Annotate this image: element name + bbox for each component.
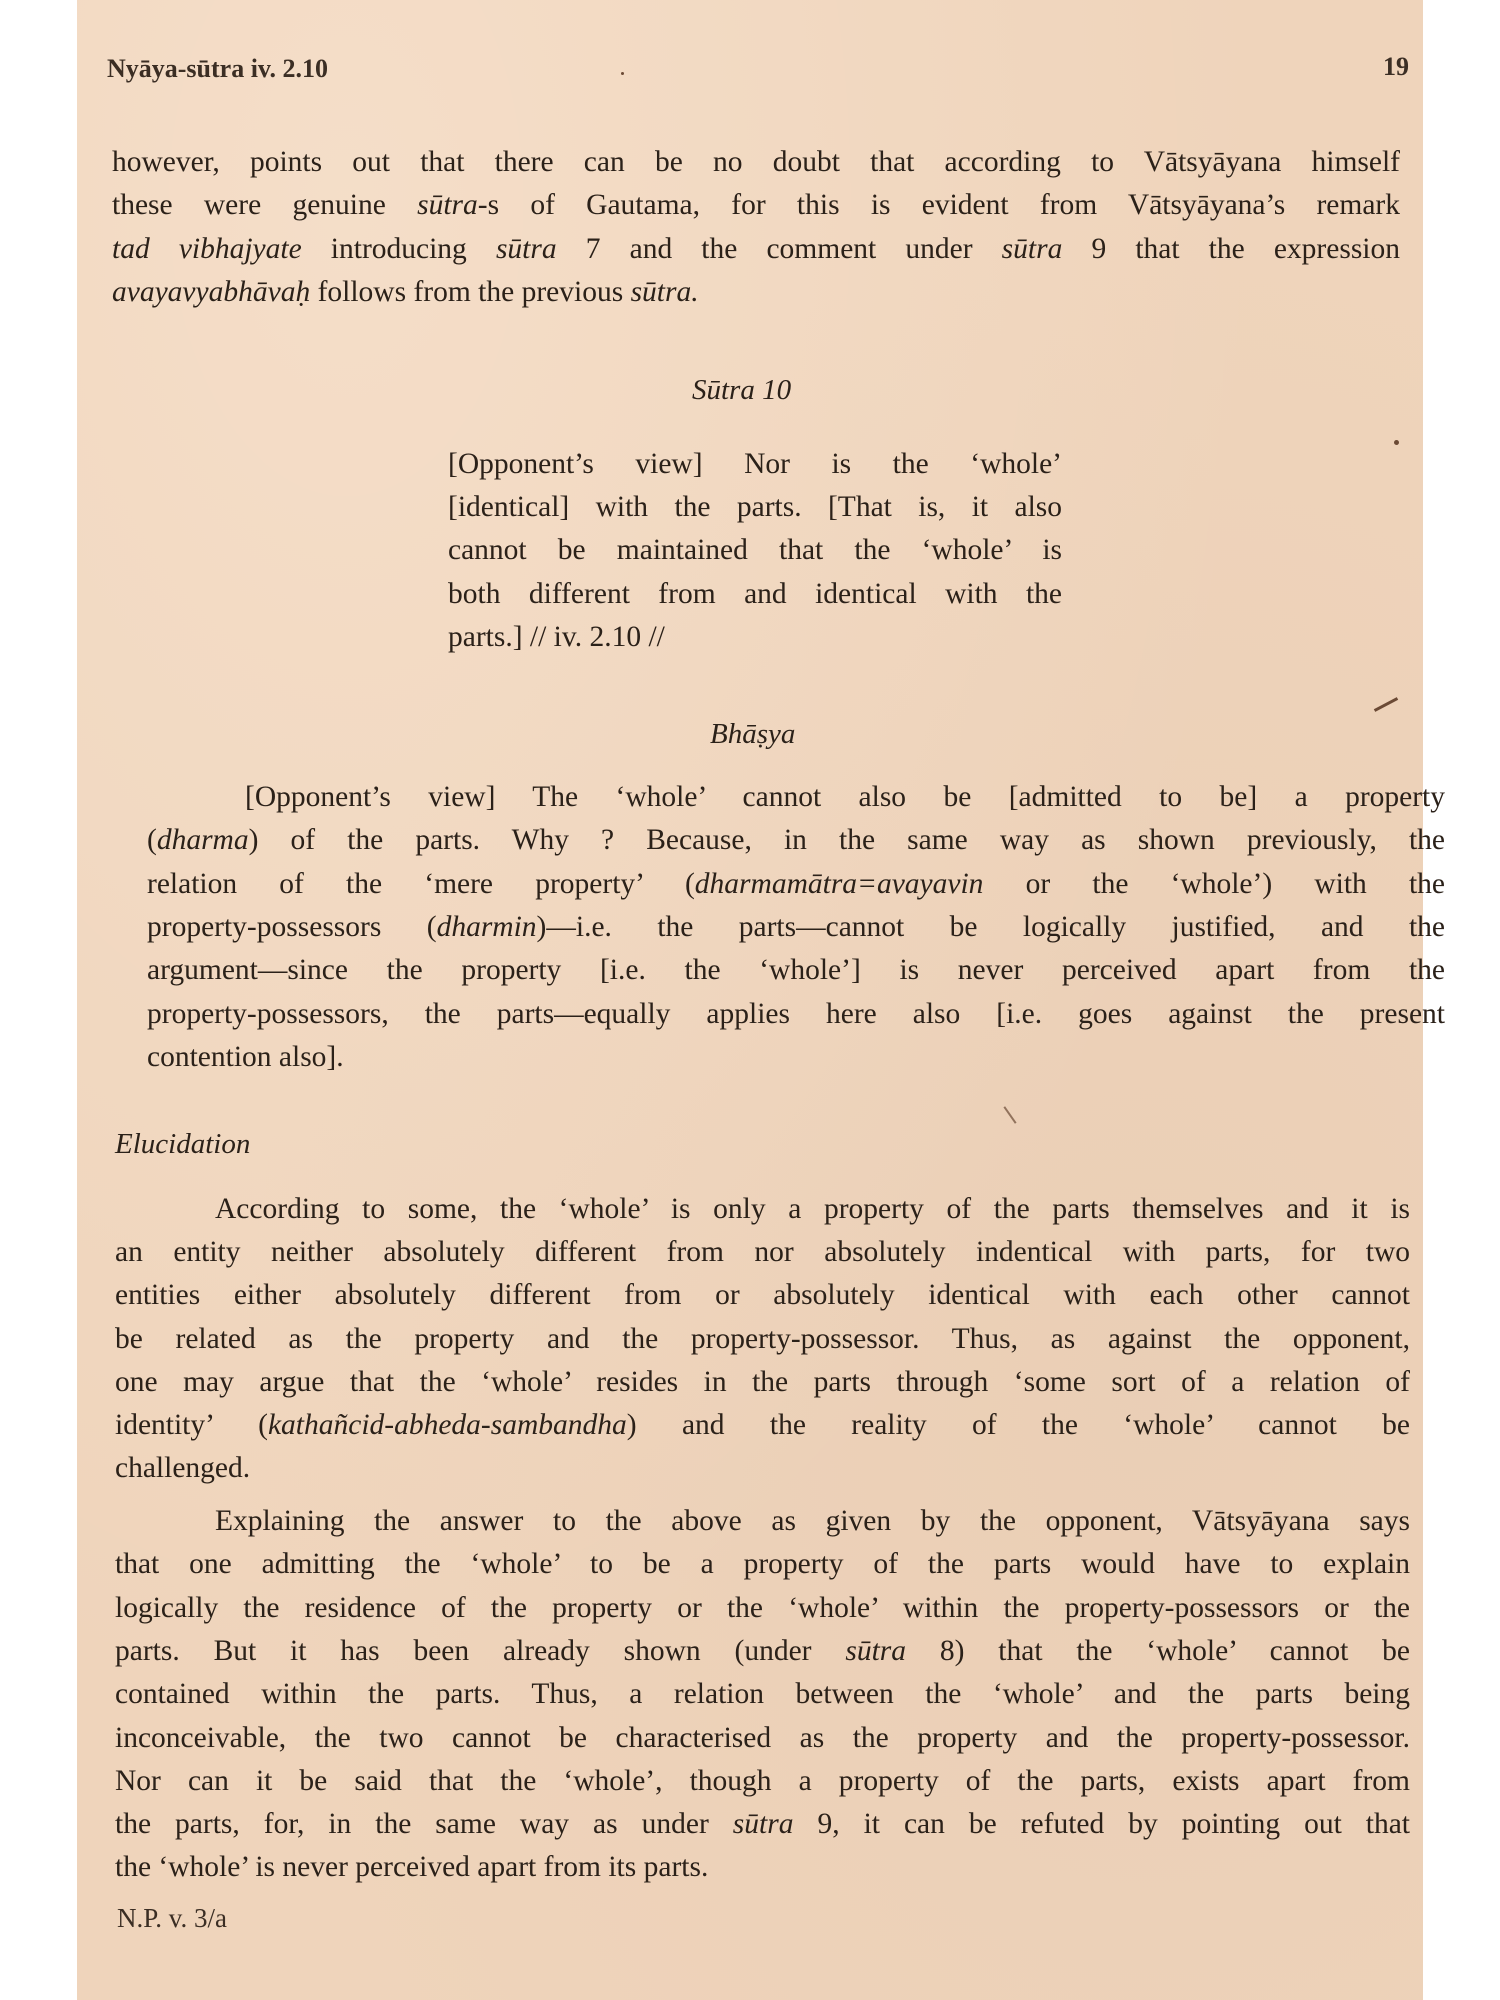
text-line: entities either absolutely different fro…: [115, 1278, 1410, 1312]
text-line: relation of the ‘mere property’ (dharmam…: [147, 867, 1445, 901]
text-line: According to some, the ‘whole’ is only a…: [215, 1192, 1410, 1226]
book-page: Nyāya-sūtra iv. 2.10 19 however, points …: [77, 0, 1423, 2000]
italic-term: avayavyabhāvaḥ: [112, 276, 310, 308]
text-line: cannot be maintained that the ‘whole’ is: [448, 533, 1062, 567]
pencil-stroke-mark: [1374, 697, 1398, 712]
italic-term: sūtra.: [631, 276, 699, 308]
sutra-heading: Sūtra 10: [692, 374, 791, 407]
text-line: avayavyabhāvaḥ follows from the previous…: [112, 275, 1400, 309]
speck-mark: [621, 72, 624, 75]
text-line: logically the residence of the property …: [115, 1591, 1410, 1625]
text-line: both different from and identical with t…: [448, 577, 1062, 611]
text-line: challenged.: [115, 1451, 1410, 1485]
text-line: (dharma) of the parts. Why ? Because, in…: [147, 823, 1445, 857]
italic-term: sūtra: [845, 1635, 906, 1667]
italic-term: sūtra: [733, 1808, 794, 1840]
text-line: be related as the property and the prope…: [115, 1322, 1410, 1356]
text-line: contention also].: [147, 1040, 1445, 1074]
italic-term: sūtra: [496, 233, 557, 265]
text-line: parts.] // iv. 2.10 //: [448, 620, 1062, 654]
text-line: Explaining the answer to the above as gi…: [215, 1504, 1410, 1538]
text-line: [Opponent’s view] Nor is the ‘whole’: [448, 447, 1062, 481]
text-line: however, points out that there can be no…: [112, 145, 1400, 179]
text-line: an entity neither absolutely different f…: [115, 1235, 1410, 1269]
text-line: identity’ (kathañcid-abheda-sambandha) a…: [115, 1408, 1410, 1442]
text-line: Nor can it be said that the ‘whole’, tho…: [115, 1764, 1410, 1798]
elucidation-heading: Elucidation: [115, 1128, 250, 1161]
text-line: inconceivable, the two cannot be charact…: [115, 1721, 1410, 1755]
text-line: tad vibhajyate introducing sūtra 7 and t…: [112, 232, 1400, 266]
ink-dot-mark: [1394, 440, 1399, 445]
signature-mark: N.P. v. 3/a: [117, 1903, 227, 1934]
text-line: argument—since the property [i.e. the ‘w…: [147, 953, 1445, 987]
pencil-stroke-mark: [1003, 1106, 1016, 1124]
page-number: 19: [1383, 52, 1409, 82]
italic-term: sūtra: [1002, 233, 1063, 265]
text-line: contained within the parts. Thus, a rela…: [115, 1677, 1410, 1711]
italic-term: tad vibhajyate: [112, 233, 302, 265]
italic-term: kathañcid-abheda-sambandha: [268, 1409, 627, 1441]
text-line: [identical] with the parts. [That is, it…: [448, 490, 1062, 524]
italic-term: sūtra: [417, 189, 478, 221]
text-line: property-possessors, the parts—equally a…: [147, 997, 1445, 1031]
running-title: Nyāya-sūtra iv. 2.10: [107, 54, 328, 84]
text-line: the ‘whole’ is never perceived apart fro…: [115, 1850, 1410, 1884]
italic-term: dharmin: [437, 911, 537, 943]
text-line: parts. But it has been already shown (un…: [115, 1634, 1410, 1668]
italic-term: dharmamātra=avayavin: [695, 868, 984, 900]
text-line: one may argue that the ‘whole’ resides i…: [115, 1365, 1410, 1399]
text-line: the parts, for, in the same way as under…: [115, 1807, 1410, 1841]
text-line: property-possessors (dharmin)—i.e. the p…: [147, 910, 1445, 944]
text-line: these were genuine sūtra-s of Gautama, f…: [112, 188, 1400, 222]
text-line: [Opponent’s view] The ‘whole’ cannot als…: [245, 780, 1445, 814]
bhasya-heading: Bhāṣya: [710, 718, 795, 751]
text-line: that one admitting the ‘whole’ to be a p…: [115, 1547, 1410, 1581]
italic-term: dharma: [157, 824, 249, 856]
